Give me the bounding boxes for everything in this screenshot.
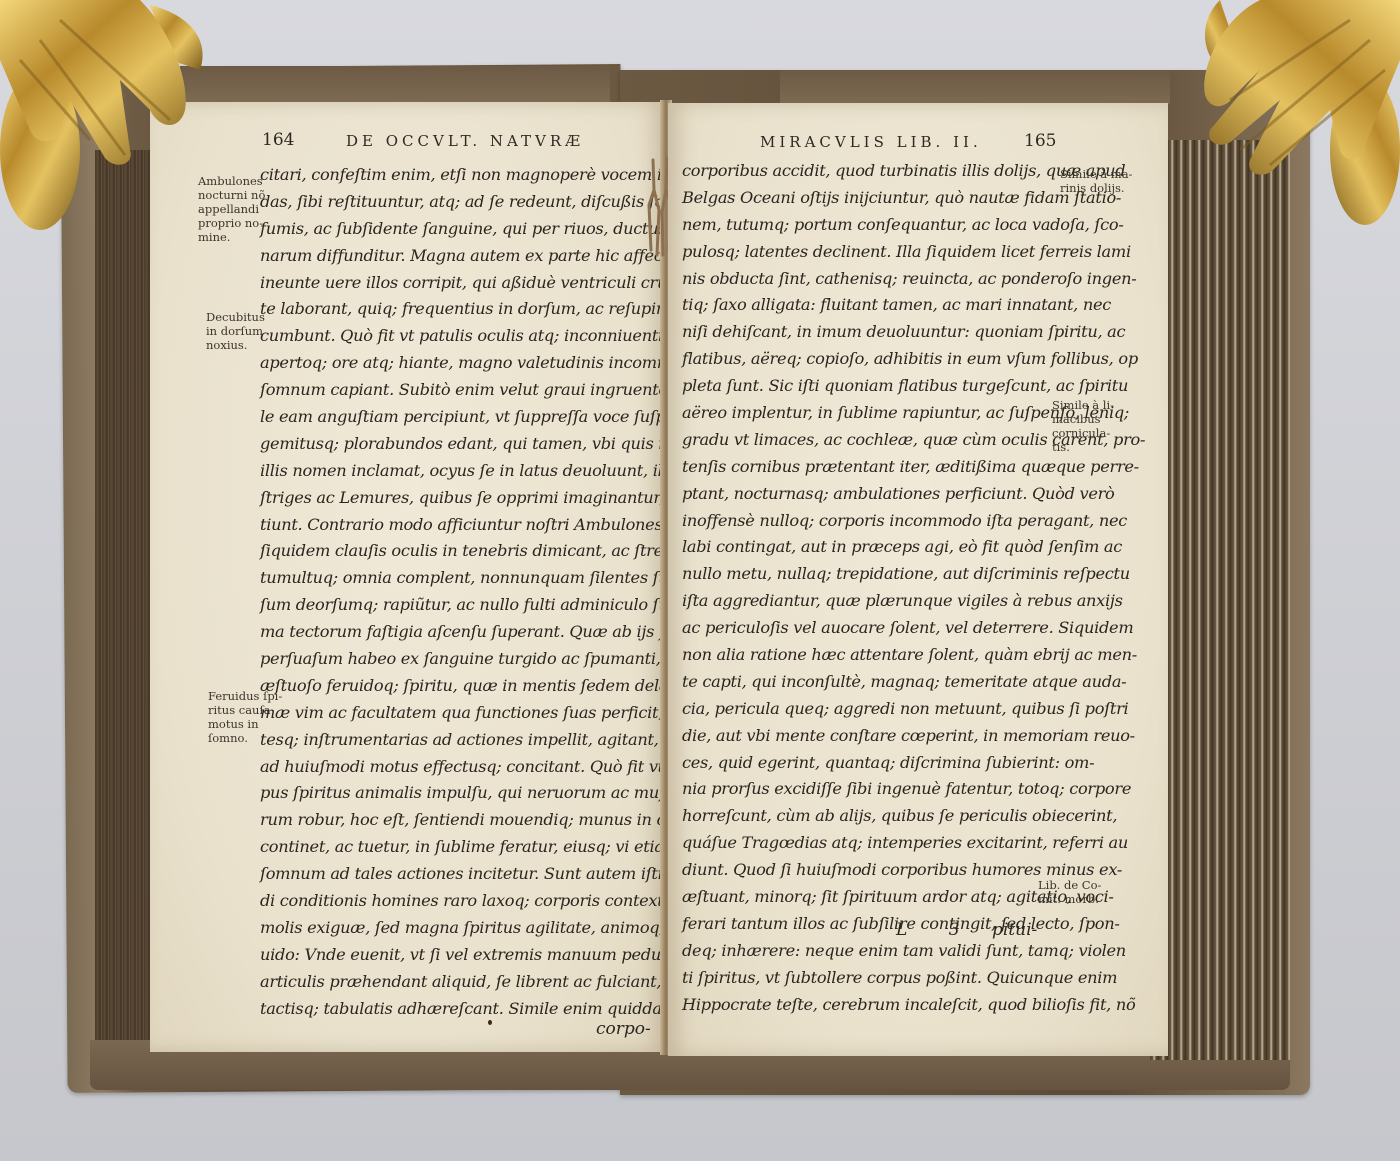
right-folio: 165 — [1024, 131, 1056, 151]
right-brass-hand-clip — [1150, 0, 1400, 235]
right-running-head: MIRACVLIS LIB. II. — [760, 133, 982, 151]
right-page-edges — [1150, 140, 1290, 1060]
open-book: 164 DE OCCVLT. NATVRÆ Ambulones nocturni… — [0, 0, 1400, 1161]
left-body-text: citari, confeſtim enim, etſi non magnope… — [260, 162, 718, 1023]
left-cover-top-edge — [180, 66, 610, 102]
left-catchword: corpo- — [596, 1019, 651, 1039]
marginal-note: Lib. de Co- mit. morb. — [1038, 878, 1101, 906]
left-page-edges — [95, 150, 155, 1040]
left-page: 164 DE OCCVLT. NATVRÆ Ambulones nocturni… — [150, 102, 664, 1052]
paper-speck — [488, 1020, 492, 1025]
marginal-note: Simile à li- macibus cornicula- tis. — [1052, 398, 1114, 454]
right-cover-top-edge — [780, 70, 1170, 104]
marginal-note: Simile à ma- rinis dolijs. — [1060, 167, 1132, 195]
marginal-note: Decubitus in dorſum noxius. — [206, 310, 265, 352]
right-page: MIRACVLIS LIB. II. 165 corporibus accidi… — [668, 103, 1168, 1056]
left-brass-hand-clip — [0, 0, 215, 235]
left-folio: 164 — [262, 130, 294, 150]
signature-mark: L 3 — [896, 920, 978, 940]
left-running-head: DE OCCVLT. NATVRÆ — [346, 132, 584, 150]
right-catchword: pitui- — [992, 920, 1037, 940]
